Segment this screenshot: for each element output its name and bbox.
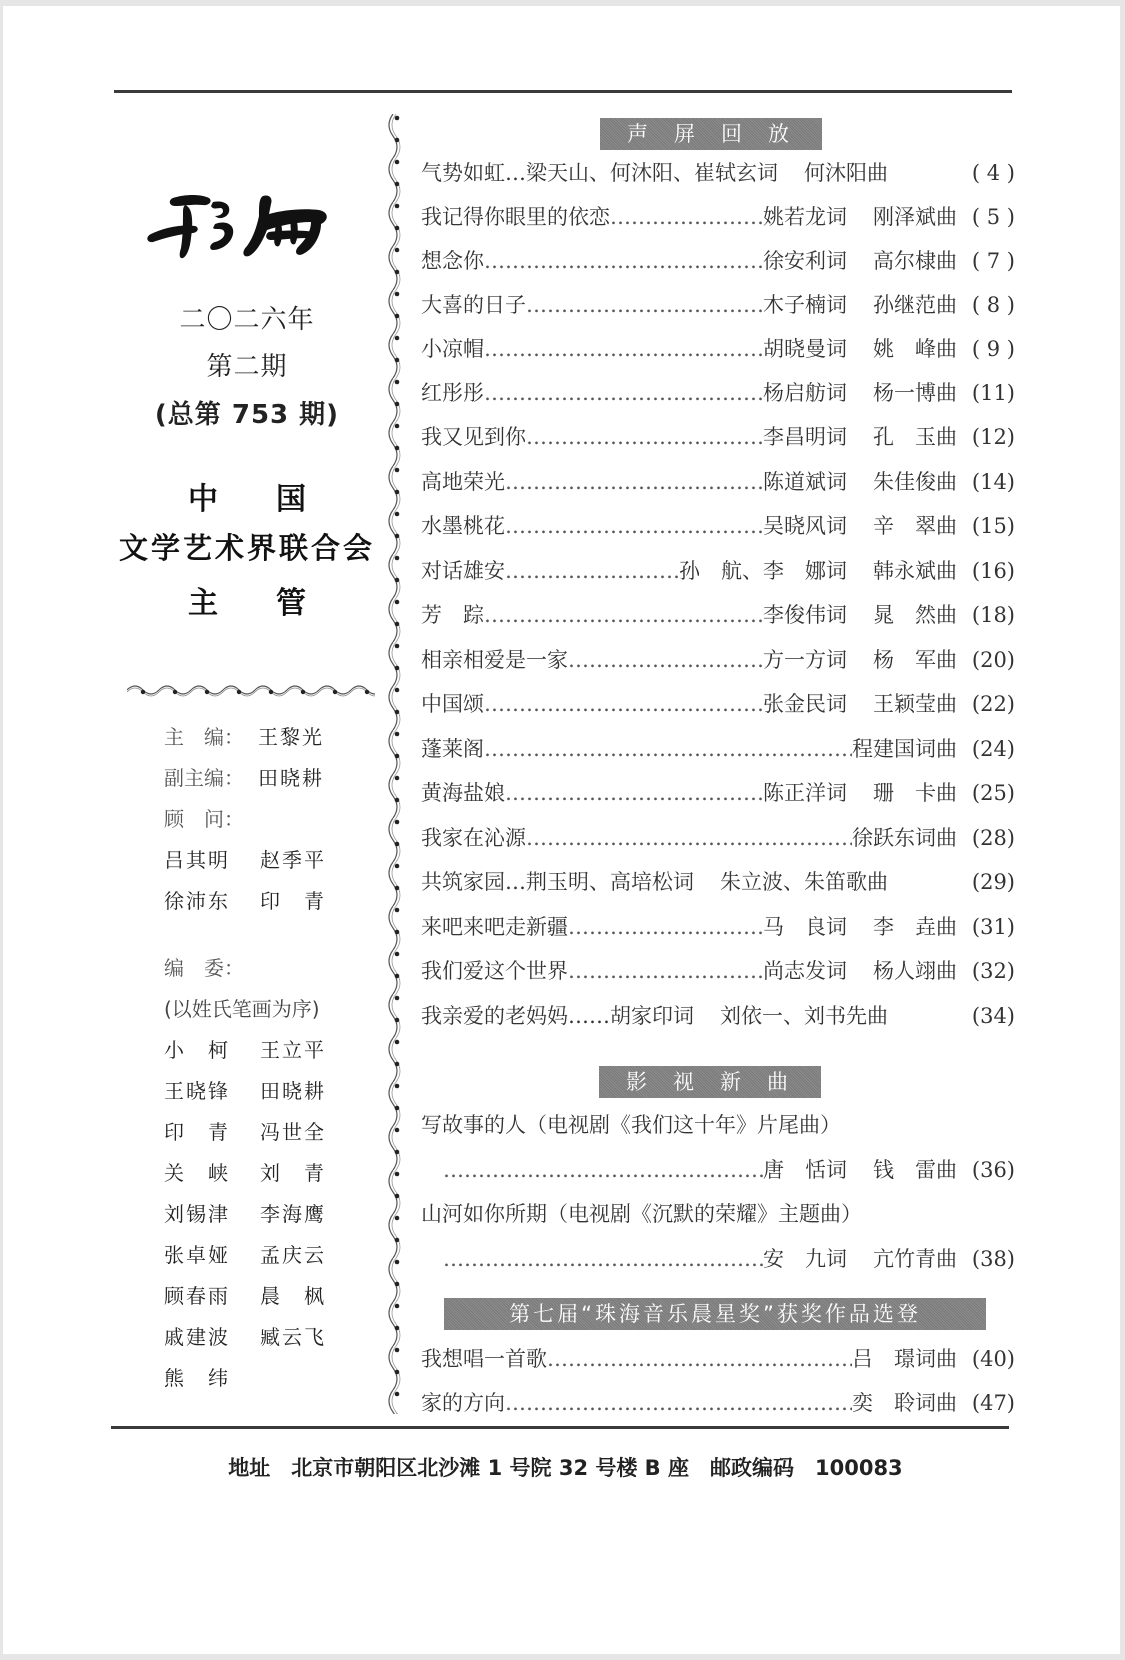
page-number: (28) (957, 823, 1015, 853)
page-number: (34) (957, 1001, 1015, 1031)
page-number: (32) (957, 956, 1015, 986)
page-number: (24) (957, 734, 1015, 764)
page-number: ( 9 ) (957, 334, 1015, 364)
magazine-contents-page: 二〇二六年 第二期 (总第 753 期) 中国 文学艺术界联合会 主管 主 编：… (3, 6, 1120, 1654)
toc-entry[interactable]: 中国颂张金民词王颖莹曲(22) (421, 689, 1015, 719)
advisors-label-row: 顾 问： (164, 799, 326, 840)
advisor-row: 吕其明赵季平 (164, 840, 326, 881)
toc-entry[interactable]: 我亲爱的老妈妈……胡家印词刘依一、刘书先曲(34) (421, 1001, 1015, 1031)
toc-entry[interactable]: 对话雄安孙 航、李 娜词韩永斌曲(16) (421, 556, 1015, 586)
page-number: ( 8 ) (957, 290, 1015, 320)
toc-entry-title[interactable]: 写故事的人（电视剧《我们这十年》片尾曲） (421, 1110, 1015, 1140)
toc-entry[interactable]: 家的方向奕 聆词曲(47) (421, 1388, 1015, 1418)
page-number: ( 5 ) (957, 202, 1015, 232)
committee-row: 印 青冯世全 (164, 1112, 326, 1153)
page-number: (36) (957, 1155, 1015, 1185)
toc-entry[interactable]: 高地荣光陈道斌词朱佳俊曲(14) (421, 467, 1015, 497)
total-issue-number: (总第 753 期) (111, 394, 383, 431)
deputy-editor-name: 田晓耕 (258, 766, 324, 790)
bottom-rule (111, 1426, 1009, 1429)
page-number: (11) (957, 378, 1015, 408)
committee-member: 印 青 (164, 1112, 260, 1153)
committee-row: 张卓娅孟庆云 (164, 1235, 326, 1276)
deputy-editor-row: 副主编：田晓耕 (164, 758, 326, 799)
page-number: (20) (957, 645, 1015, 675)
editorial-staff: 主 编：王黎光 副主编：田晓耕 顾 问： 吕其明赵季平 徐沛东印 青 编 委： … (164, 717, 326, 1399)
committee-member: 王立平 (260, 1030, 326, 1071)
toc-entry[interactable]: 气势如虹…梁天山、何沐阳、崔轼玄词何沐阳曲( 4 ) (421, 158, 1015, 188)
committee-member: 冯世全 (260, 1112, 326, 1153)
toc-entry[interactable]: 水墨桃花吴晓风词辛 翠曲(15) (421, 511, 1015, 541)
committee-note: (以姓氏笔画为序) (164, 989, 326, 1030)
committee-member: 刘锡津 (164, 1194, 260, 1235)
page-number: (14) (957, 467, 1015, 497)
page-number: (18) (957, 600, 1015, 630)
page-number: (31) (957, 912, 1015, 942)
advisor-name: 印 青 (260, 881, 326, 922)
section-header-shengping-huifang: 声屏回放 (600, 118, 822, 150)
wavy-divider-vertical-icon (385, 114, 405, 1414)
page-number: ( 4 ) (957, 158, 1015, 188)
advisor-name: 吕其明 (164, 840, 260, 881)
chief-editor-row: 主 编：王黎光 (164, 717, 326, 758)
committee-row: 顾春雨晨 枫 (164, 1276, 326, 1317)
page-number: (25) (957, 778, 1015, 808)
committee-member: 刘 青 (260, 1153, 326, 1194)
toc-entry-title[interactable]: 山河如你所期（电视剧《沉默的荣耀》主题曲） (421, 1199, 1015, 1229)
toc-entry[interactable]: 我又见到你李昌明词孔 玉曲(12) (421, 422, 1015, 452)
committee-member: 关 峡 (164, 1153, 260, 1194)
toc-entry-credits[interactable]: 唐 恬词钱 雷曲(36) (443, 1155, 1015, 1185)
page-number: (15) (957, 511, 1015, 541)
committee-member: 小 柯 (164, 1030, 260, 1071)
toc-entry[interactable]: 大喜的日子木子楠词孙继范曲( 8 ) (421, 290, 1015, 320)
committee-member: 顾春雨 (164, 1276, 260, 1317)
top-rule (114, 90, 1012, 93)
section-header-yingshi-xinqu: 影视新曲 (599, 1066, 821, 1098)
toc-entry[interactable]: 蓬莱阁程建国词曲(24) (421, 734, 1015, 764)
publisher-address: 地址 北京市朝阳区北沙滩 1 号院 32 号楼 B 座 邮政编码 100083 (3, 1452, 1125, 1482)
page-number: (16) (957, 556, 1015, 586)
committee-member: 熊 纬 (164, 1358, 260, 1399)
toc-entry-credits[interactable]: 安 九词亢竹青曲(38) (443, 1244, 1015, 1274)
committee-label: 编 委： (164, 948, 258, 989)
page-number: (22) (957, 689, 1015, 719)
toc-entry[interactable]: 相亲相爱是一家方一方词杨 军曲(20) (421, 645, 1015, 675)
toc-entry[interactable]: 红彤彤杨启舫词杨一博曲(11) (421, 378, 1015, 408)
page-number: (40) (957, 1344, 1015, 1374)
committee-label-row: 编 委： (164, 948, 326, 989)
committee-member: 李海鹰 (260, 1194, 326, 1235)
chief-editor-label: 主 编： (164, 717, 258, 758)
chief-editor-name: 王黎光 (258, 725, 324, 749)
advisors-label: 顾 问： (164, 799, 258, 840)
toc-entry[interactable]: 来吧来吧走新疆马 良词李 垚曲(31) (421, 912, 1015, 942)
toc-entry[interactable]: 我家在沁源徐跃东词曲(28) (421, 823, 1015, 853)
committee-member: 田晓耕 (260, 1071, 326, 1112)
toc-entry[interactable]: 共筑家园…荆玉明、高培松词朱立波、朱笛歌曲(29) (421, 867, 1015, 897)
toc-entry[interactable]: 黄海盐娘陈正洋词珊 卡曲(25) (421, 778, 1015, 808)
page-number: ( 7 ) (957, 246, 1015, 276)
page-number: (47) (957, 1388, 1015, 1418)
sponsor-line-3: 主管 (111, 578, 383, 622)
committee-row: 刘锡津李海鹰 (164, 1194, 326, 1235)
toc-entry[interactable]: 想念你徐安利词高尔棣曲( 7 ) (421, 246, 1015, 276)
committee-member: 孟庆云 (260, 1235, 326, 1276)
committee-row: 王晓锋田晓耕 (164, 1071, 326, 1112)
toc-entry[interactable]: 我们爱这个世界尚志发词杨人翊曲(32) (421, 956, 1015, 986)
page-number: (29) (957, 867, 1015, 897)
section-header-zhuhai-award: 第七届“珠海音乐晨星奖”获奖作品选登 (444, 1298, 986, 1330)
issue-year: 二〇二六年 (111, 299, 383, 336)
spacer (164, 922, 326, 948)
wavy-divider-horizontal-icon (127, 682, 375, 698)
deputy-editor-label: 副主编： (164, 758, 258, 799)
committee-member: 张卓娅 (164, 1235, 260, 1276)
toc-entry[interactable]: 我想唱一首歌吕 璟词曲(40) (421, 1344, 1015, 1374)
sponsor-line-2: 文学艺术界联合会 (111, 526, 383, 567)
toc-entry[interactable]: 我记得你眼里的依恋姚若龙词刚泽斌曲( 5 ) (421, 202, 1015, 232)
issue-number: 第二期 (111, 346, 383, 383)
committee-row: 戚建波臧云飞 (164, 1317, 326, 1358)
page-number: (38) (957, 1244, 1015, 1274)
committee-row: 关 峡刘 青 (164, 1153, 326, 1194)
committee-member: 王晓锋 (164, 1071, 260, 1112)
advisor-name: 徐沛东 (164, 881, 260, 922)
committee-member: 晨 枫 (260, 1276, 326, 1317)
committee-row: 小 柯王立平 (164, 1030, 326, 1071)
toc-entry[interactable]: 芳 踪李俊伟词晁 然曲(18) (421, 600, 1015, 630)
advisor-row: 徐沛东印 青 (164, 881, 326, 922)
page-number: (12) (957, 422, 1015, 452)
committee-member: 臧云飞 (260, 1317, 326, 1358)
advisor-name: 赵季平 (260, 840, 326, 881)
sponsor-line-1: 中国 (111, 474, 383, 518)
committee-member: 戚建波 (164, 1317, 260, 1358)
calligraphy-logo-icon (143, 184, 353, 264)
committee-row: 熊 纬 (164, 1358, 326, 1399)
toc-entry[interactable]: 小凉帽胡晓曼词姚 峰曲( 9 ) (421, 334, 1015, 364)
